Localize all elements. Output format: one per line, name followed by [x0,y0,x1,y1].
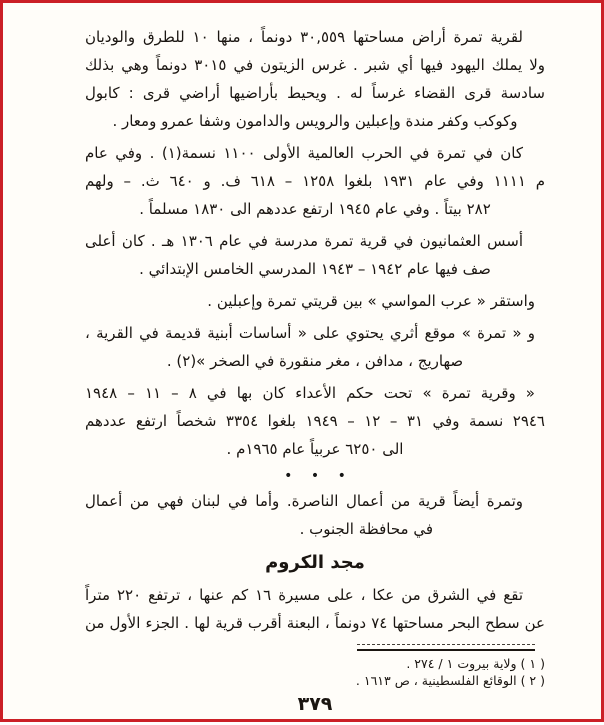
section-heading-majd-al-krum: مجد الكروم [85,549,545,577]
text-line: ٢٩٤٦ نسمة وفي ٣١ – ١٢ – ١٩٤٩ بلغوا ٣٣٥٤ … [85,407,545,435]
page-number: ٣٧٩ [85,692,545,716]
footnote-1: ( ١ ) ولاية بيروت ١ / ٢٧٤ . [85,655,545,672]
footnote-divider-rule [357,644,535,651]
text-line: عن سطح البحر مساحتها ٧٤ دونماً ، البعنة … [85,609,545,637]
text-line: تقع في الشرق من عكا ، على مسيرة ١٦ كم عن… [85,581,545,609]
paragraph-under-occupation: « وقرية تمرة » تحت حكم الأعداء كان بها ف… [85,379,545,463]
text-line: صهاريج ، مدافن ، مغر منقورة في الصخر »(٢… [85,347,545,375]
text-line: سادسة قرى القضاء غرساً له . ويحيط بأراضي… [85,79,545,107]
paragraph-population: كان في تمرة في الحرب العالمية الأولى ١١٠… [85,139,545,223]
section-separator-dots: • • • [85,467,545,485]
book-page: لقرية تمرة أراض مساحتها ٣٠,٥٥٩ دونماً ، … [0,0,604,722]
footnote-2: ( ٢ ) الوقائع الفلسطينية ، ص ١٦١٣ . [85,672,545,689]
text-line: لقرية تمرة أراض مساحتها ٣٠,٥٥٩ دونماً ، … [85,23,545,51]
text-line: أسس العثمانيون في قرية تمرة مدرسة في عام… [85,227,545,255]
text-line: واستقر « عرب المواسي » بين قريتي تمرة وإ… [85,287,545,315]
paragraph-archaeological-site: و « تمرة » موقع أثري يحتوي على « أساسات … [85,319,545,375]
text-line: « وقرية تمرة » تحت حكم الأعداء كان بها ف… [85,379,545,407]
paragraph-other-tamra: وتمرة أيضاً قرية من أعمال الناصرة. وأما … [85,487,545,543]
text-line: كان في تمرة في الحرب العالمية الأولى ١١٠… [85,139,545,167]
page-content: لقرية تمرة أراض مساحتها ٣٠,٥٥٩ دونماً ، … [3,3,601,716]
text-line: وتمرة أيضاً قرية من أعمال الناصرة. وأما … [85,487,545,515]
text-line: م ١١١١ وفي عام ١٩٣١ بلغوا ١٢٥٨ – ٦١٨ ف. … [85,167,545,195]
paragraph-majd-al-krum-intro: تقع في الشرق من عكا ، على مسيرة ١٦ كم عن… [85,581,545,637]
paragraph-village-lands: لقرية تمرة أراض مساحتها ٣٠,٥٥٩ دونماً ، … [85,23,545,135]
text-line: وكوكب وكفر مندة وإعبلين والرويس والدامون… [85,107,545,135]
text-line: ولا يملك اليهود فيها أي شبر . غرس الزيتو… [85,51,545,79]
paragraph-school: أسس العثمانيون في قرية تمرة مدرسة في عام… [85,227,545,283]
text-line: صف فيها عام ١٩٤٢ – ١٩٤٣ المدرسي الخامس ا… [85,255,545,283]
text-line: ٢٨٢ بيتاً . وفي عام ١٩٤٥ ارتفع عددهم الى… [85,195,545,223]
text-line: الى ٦٢٥٠ عربياً عام ١٩٦٥م . [85,435,545,463]
text-line: و « تمرة » موقع أثري يحتوي على « أساسات … [85,319,545,347]
text-line: في محافظة الجنوب . [85,515,545,543]
paragraph-arab-mawasi: واستقر « عرب المواسي » بين قريتي تمرة وإ… [85,287,545,315]
